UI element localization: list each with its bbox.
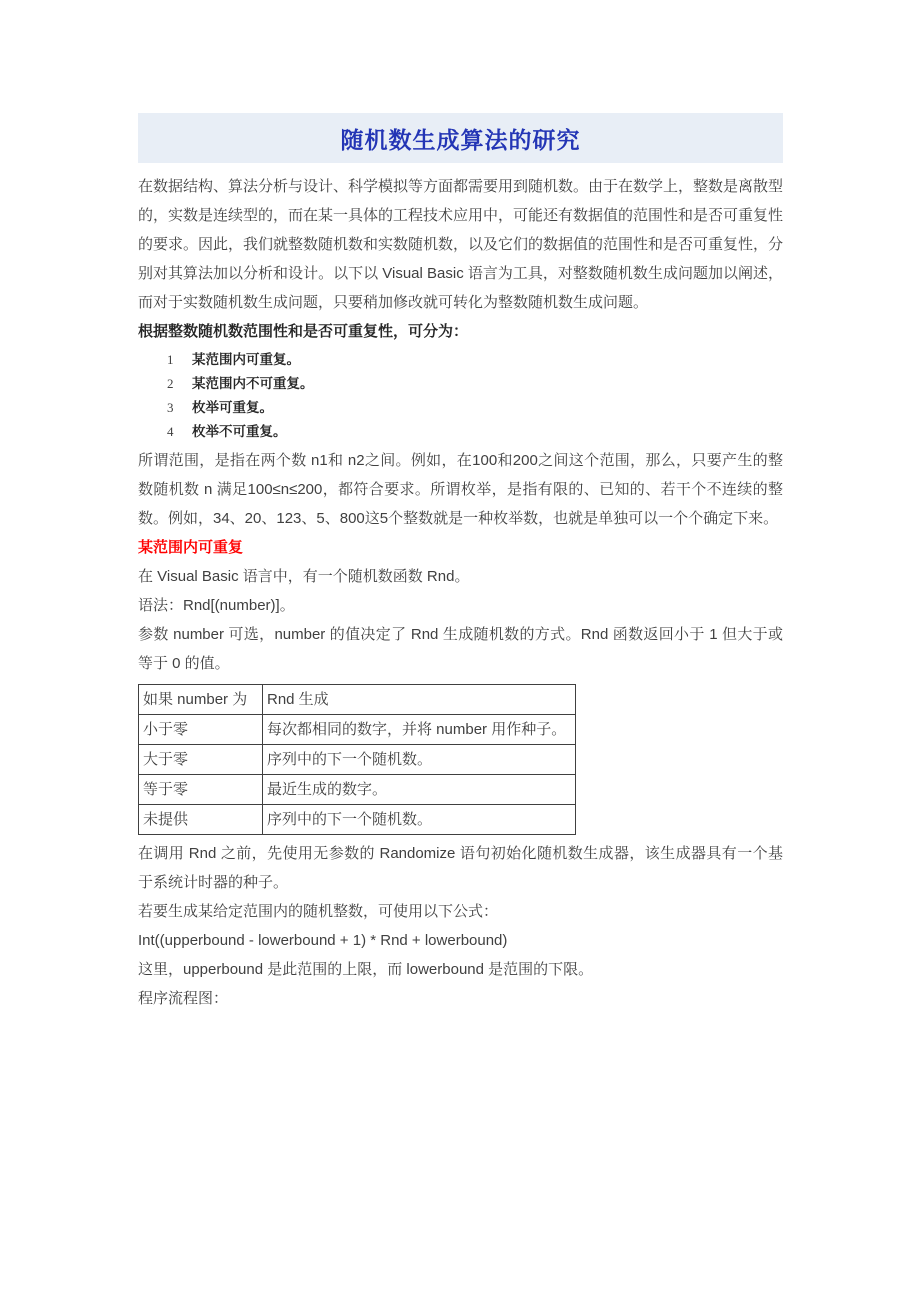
heading-repeatable-in-range: 某范围内可重复 (138, 533, 783, 562)
table-row: 小于零 每次都相同的数字，并将 number 用作种子。 (139, 715, 576, 745)
line-syntax: 语法：Rnd[(number)]。 (138, 591, 783, 620)
table-cell-result: 最近生成的数字。 (263, 775, 576, 805)
table-row: 等于零 最近生成的数字。 (139, 775, 576, 805)
table-cell-condition: 未提供 (139, 805, 263, 835)
table-cell-condition: 小于零 (139, 715, 263, 745)
list-item-text: 枚举可重复。 (192, 396, 273, 420)
list-item: 2 某范围内不可重复。 (138, 372, 783, 396)
table-row-header: 如果 number 为 Rnd 生成 (139, 685, 576, 715)
table-cell-condition: 大于零 (139, 745, 263, 775)
list-item-number: 1 (167, 348, 192, 372)
table-cell-header-condition: 如果 number 为 (139, 685, 263, 715)
list-item-text: 某范围内不可重复。 (192, 372, 314, 396)
list-item-text: 枚举不可重复。 (192, 420, 287, 444)
document-title: 随机数生成算法的研究 (341, 122, 581, 155)
title-banner: 随机数生成算法的研究 (138, 113, 783, 163)
document-page: 随机数生成算法的研究 在数据结构、算法分析与设计、科学模拟等方面都需要用到随机数… (0, 0, 920, 1302)
list-item: 1 某范围内可重复。 (138, 348, 783, 372)
list-item-text: 某范围内可重复。 (192, 348, 300, 372)
table-cell-result: 序列中的下一个随机数。 (263, 805, 576, 835)
table-cell-header-result: Rnd 生成 (263, 685, 576, 715)
paragraph-randomize: 在调用 Rnd 之前，先使用无参数的 Randomize 语句初始化随机数生成器… (138, 839, 783, 897)
paragraph-intro: 在数据结构、算法分析与设计、科学模拟等方面都需要用到随机数。由于在数学上，整数是… (138, 163, 783, 317)
list-item: 3 枚举可重复。 (138, 396, 783, 420)
line-formula-intro: 若要生成某给定范围内的随机整数，可使用以下公式： (138, 897, 783, 926)
table-cell-result: 序列中的下一个随机数。 (263, 745, 576, 775)
table-cell-result: 每次都相同的数字，并将 number 用作种子。 (263, 715, 576, 745)
line-formula: Int((upperbound - lowerbound + 1) * Rnd … (138, 926, 783, 955)
document-content: 随机数生成算法的研究 在数据结构、算法分析与设计、科学模拟等方面都需要用到随机数… (138, 113, 783, 1013)
rnd-behavior-table: 如果 number 为 Rnd 生成 小于零 每次都相同的数字，并将 numbe… (138, 684, 576, 835)
table-row: 未提供 序列中的下一个随机数。 (139, 805, 576, 835)
list-item: 4 枚举不可重复。 (138, 420, 783, 444)
paragraph-range-enum: 所谓范围，是指在两个数 n1和 n2之间。例如，在100和200之间这个范围，那… (138, 446, 783, 533)
paragraph-bounds: 这里，upperbound 是此范围的上限，而 lowerbound 是范围的下… (138, 955, 783, 984)
line-vb-intro: 在 Visual Basic 语言中，有一个随机数函数 Rnd。 (138, 562, 783, 591)
numbered-list: 1 某范围内可重复。 2 某范围内不可重复。 3 枚举可重复。 4 枚举不可重复… (138, 348, 783, 444)
line-flowchart-label: 程序流程图： (138, 984, 783, 1013)
table-row: 大于零 序列中的下一个随机数。 (139, 745, 576, 775)
list-item-number: 2 (167, 372, 192, 396)
list-item-number: 3 (167, 396, 192, 420)
list-item-number: 4 (167, 420, 192, 444)
table-cell-condition: 等于零 (139, 775, 263, 805)
heading-classification: 根据整数随机数范围性和是否可重复性，可分为： (138, 317, 783, 346)
paragraph-parameter: 参数 number 可选，number 的值决定了 Rnd 生成随机数的方式。R… (138, 620, 783, 678)
